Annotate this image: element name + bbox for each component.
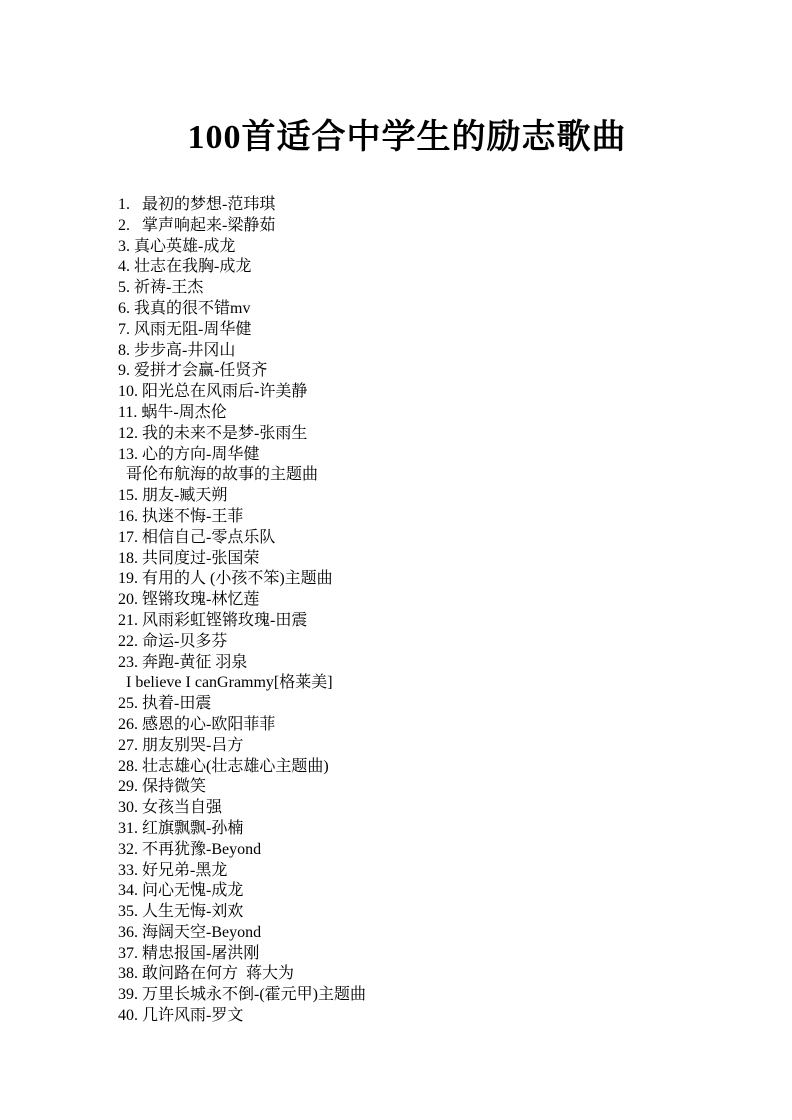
song-list-item: 5. 祈祷-王杰 xyxy=(118,278,696,299)
song-list-item: 6. 我真的很不错mv xyxy=(118,299,696,320)
song-list-item: 33. 好兄弟-黑龙 xyxy=(118,861,696,882)
song-list-item: 9. 爱拼才会赢-任贤齐 xyxy=(118,361,696,382)
song-list-item: 37. 精忠报国-屠洪刚 xyxy=(118,944,696,965)
page-title: 100首适合中学生的励志歌曲 xyxy=(118,118,696,158)
song-list-item: 38. 敢问路在何方 蒋大为 xyxy=(118,964,696,985)
song-list-item: 2. 掌声响起来-梁静茹 xyxy=(118,216,696,237)
song-list-item: 30. 女孩当自强 xyxy=(118,798,696,819)
song-list-item: 8. 步步高-井冈山 xyxy=(118,341,696,362)
song-list-item: 17. 相信自己-零点乐队 xyxy=(118,528,696,549)
song-list-item: 36. 海阔天空-Beyond xyxy=(118,923,696,944)
song-list-item: 18. 共同度过-张国荣 xyxy=(118,549,696,570)
song-list-item: 29. 保持微笑 xyxy=(118,777,696,798)
song-list-item: 23. 奔跑-黄征 羽泉 xyxy=(118,653,696,674)
song-list-item: 15. 朋友-臧天朔 xyxy=(118,486,696,507)
song-list-item: 35. 人生无悔-刘欢 xyxy=(118,902,696,923)
song-list-item: 39. 万里长城永不倒-(霍元甲)主题曲 xyxy=(118,985,696,1006)
song-list: 1. 最初的梦想-范玮琪2. 掌声响起来-梁静茹3. 真心英雄-成龙4. 壮志在… xyxy=(118,195,696,1027)
song-list-item: 21. 风雨彩虹铿锵玫瑰-田震 xyxy=(118,611,696,632)
song-list-item: 34. 问心无愧-成龙 xyxy=(118,881,696,902)
song-list-item: 27. 朋友别哭-吕方 xyxy=(118,736,696,757)
document-page: 100首适合中学生的励志歌曲 1. 最初的梦想-范玮琪2. 掌声响起来-梁静茹3… xyxy=(0,0,792,1120)
song-list-item: 3. 真心英雄-成龙 xyxy=(118,237,696,258)
song-list-item: 13. 心的方向-周华健 xyxy=(118,445,696,466)
song-list-item: 19. 有用的人 (小孩不笨)主题曲 xyxy=(118,569,696,590)
song-list-item: 32. 不再犹豫-Beyond xyxy=(118,840,696,861)
song-list-item: I believe I canGrammy[格莱美] xyxy=(118,673,696,694)
song-list-item: 40. 几许风雨-罗文 xyxy=(118,1006,696,1027)
song-list-item: 4. 壮志在我胸-成龙 xyxy=(118,257,696,278)
song-list-item: 28. 壮志雄心(壮志雄心主题曲) xyxy=(118,757,696,778)
song-list-item: 10. 阳光总在风雨后-许美静 xyxy=(118,382,696,403)
song-list-item: 7. 风雨无阻-周华健 xyxy=(118,320,696,341)
song-list-item: 25. 执着-田震 xyxy=(118,694,696,715)
song-list-item: 哥伦布航海的故事的主题曲 xyxy=(118,465,696,486)
song-list-item: 1. 最初的梦想-范玮琪 xyxy=(118,195,696,216)
song-list-item: 22. 命运-贝多芬 xyxy=(118,632,696,653)
song-list-item: 12. 我的未来不是梦-张雨生 xyxy=(118,424,696,445)
song-list-item: 11. 蜗牛-周杰伦 xyxy=(118,403,696,424)
song-list-item: 31. 红旗飘飘-孙楠 xyxy=(118,819,696,840)
song-list-item: 26. 感恩的心-欧阳菲菲 xyxy=(118,715,696,736)
song-list-item: 20. 铿锵玫瑰-林忆莲 xyxy=(118,590,696,611)
song-list-item: 16. 执迷不悔-王菲 xyxy=(118,507,696,528)
